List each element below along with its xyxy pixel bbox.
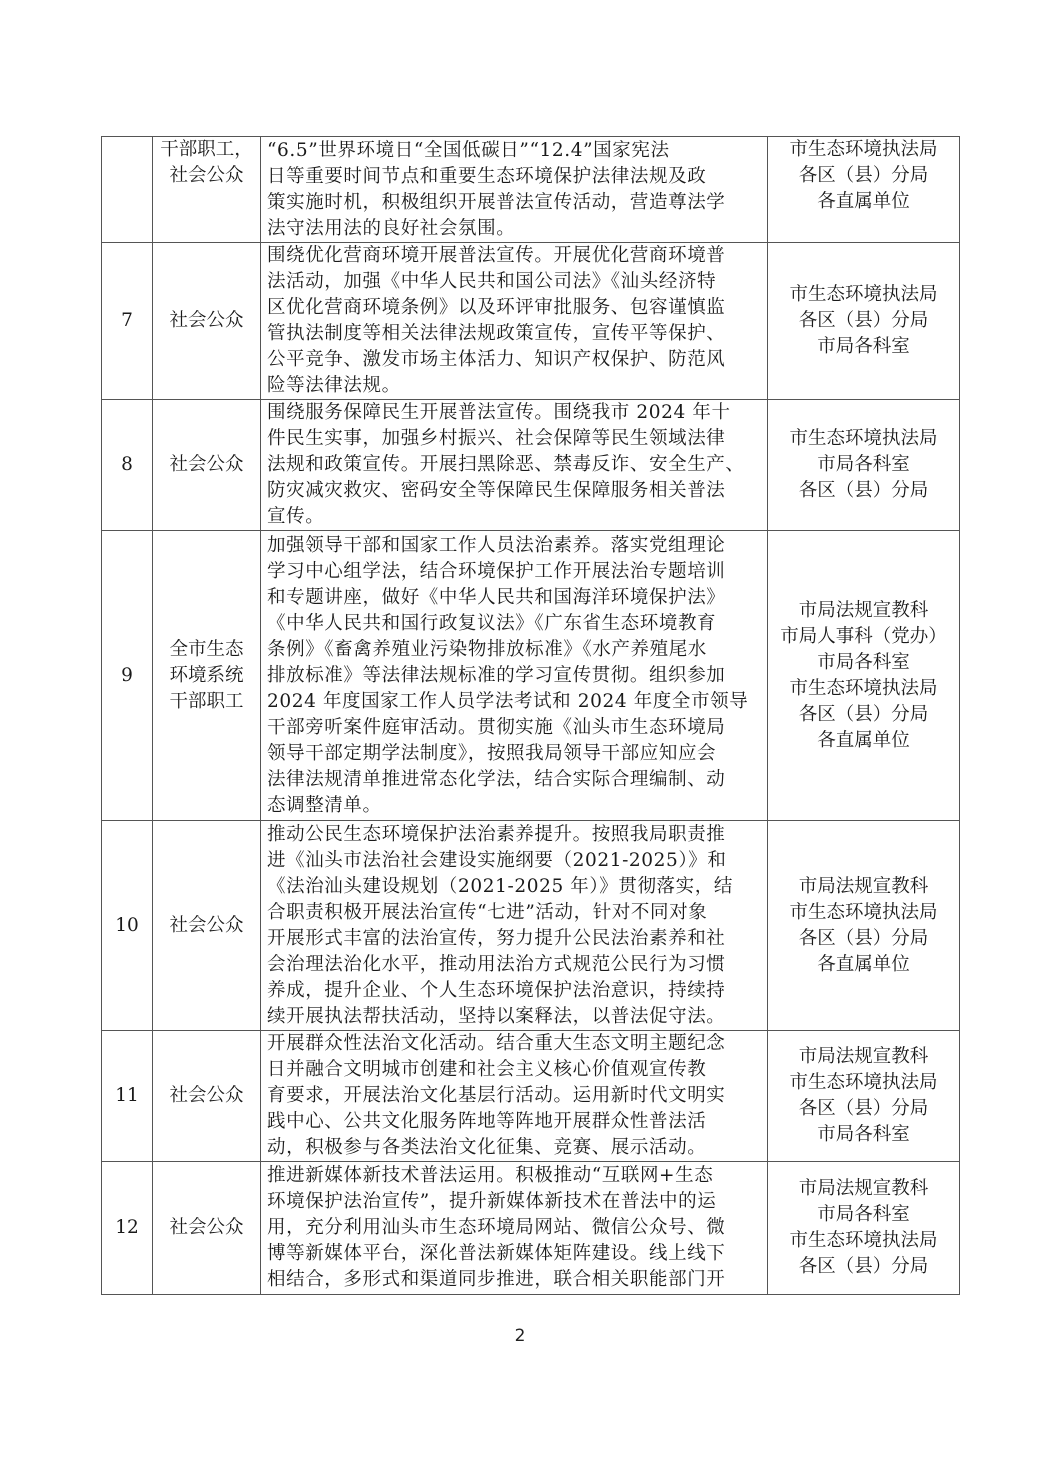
responsible-unit-line: 市生态环境执法局 [768,282,959,308]
table-row: 8社会公众围绕服务保障民生开展普法宣传。围绕我市 2024 年十件民生实事，加强… [102,400,960,531]
responsible-unit-line: 市局各科室 [768,1202,959,1228]
target-audience-cell: 社会公众 [153,1162,261,1295]
responsible-unit-cell: 市局法规宣教科市局人事科（党办）市局各科室市生态环境执法局各区（县）分局各直属单… [768,531,960,821]
publicity-plan-table: 干部职工，社会公众“6.5”世界环境日“全国低碳日”“12.4”国家宪法日等重要… [101,136,960,1295]
target-audience-line: 社会公众 [153,1083,260,1109]
task-content-line: 险等法律法规。 [267,373,763,399]
responsible-unit-line: 市生态环境执法局 [768,426,959,452]
task-content-line: 2024 年度国家工作人员学法考试和 2024 年度全市领导 [267,689,763,715]
task-content-line: 开展形式丰富的法治宣传，努力提升公民法治素养和社 [267,926,763,952]
table-row: 干部职工，社会公众“6.5”世界环境日“全国低碳日”“12.4”国家宪法日等重要… [102,137,960,243]
responsible-unit-line: 市局人事科（党办） [768,624,959,650]
responsible-unit-line: 各直属单位 [768,952,959,978]
row-number-cell: 10 [102,821,153,1031]
task-content-line: 相结合，多形式和渠道同步推进，联合相关职能部门开 [267,1267,763,1293]
task-content-line: 法活动，加强《中华人民共和国公司法》《汕头经济特 [267,269,763,295]
responsible-unit-line: 各直属单位 [768,189,959,215]
responsible-unit-line: 市生态环境执法局 [768,1070,959,1096]
task-content-line: 推动公民生态环境保护法治素养提升。按照我局职责推 [267,822,763,848]
row-number-cell: 11 [102,1031,153,1162]
task-content-line: 态调整清单。 [267,793,763,819]
target-audience-cell: 社会公众 [153,821,261,1031]
target-audience-line: 环境系统 [153,663,260,689]
task-content-line: 加强领导干部和国家工作人员法治素养。落实党组理论 [267,533,763,559]
task-content-cell: 加强领导干部和国家工作人员法治素养。落实党组理论学习中心组学法，结合环境保护工作… [261,531,768,821]
document-page: 干部职工，社会公众“6.5”世界环境日“全国低碳日”“12.4”国家宪法日等重要… [0,0,1040,1471]
responsible-unit-line: 市局法规宣教科 [768,1044,959,1070]
task-content-line: 续开展执法帮扶活动，坚持以案释法，以普法促守法。 [267,1004,763,1030]
page-number: 2 [0,1326,1040,1346]
task-content-line: 法规和政策宣传。开展扫黑除恶、禁毒反诈、安全生产、 [267,452,763,478]
task-content-cell: “6.5”世界环境日“全国低碳日”“12.4”国家宪法日等重要时间节点和重要生态… [261,137,768,243]
table-row: 9全市生态环境系统干部职工加强领导干部和国家工作人员法治素养。落实党组理论学习中… [102,531,960,821]
task-content-line: 学习中心组学法，结合环境保护工作开展法治专题培训 [267,559,763,585]
responsible-unit-cell: 市生态环境执法局各区（县）分局各直属单位 [768,137,960,243]
responsible-unit-line: 市局法规宣教科 [768,1176,959,1202]
task-content-line: 法律法规清单推进常态化学法，结合实际合理编制、动 [267,767,763,793]
responsible-unit-line: 市生态环境执法局 [768,900,959,926]
task-content-cell: 开展群众性法治文化活动。结合重大生态文明主题纪念日并融合文明城市创建和社会主义核… [261,1031,768,1162]
task-content-line: 《法治汕头建设规划（2021-2025 年）》贯彻落实，结 [267,874,763,900]
task-content-line: 《中华人民共和国行政复议法》《广东省生态环境教育 [267,611,763,637]
row-number-cell [102,137,153,243]
task-content-line: 推进新媒体新技术普法运用。积极推动“互联网+生态 [267,1163,763,1189]
task-content-line: 环境保护法治宣传”，提升新媒体新技术在普法中的运 [267,1189,763,1215]
responsible-unit-line: 各区（县）分局 [768,702,959,728]
responsible-unit-line: 各区（县）分局 [768,308,959,334]
task-content-line: 日并融合文明城市创建和社会主义核心价值观宣传教 [267,1057,763,1083]
target-audience-cell: 社会公众 [153,400,261,531]
task-content-cell: 围绕优化营商环境开展普法宣传。开展优化营商环境普法活动，加强《中华人民共和国公司… [261,243,768,400]
target-audience-line: 社会公众 [153,163,260,189]
task-content-line: 策实施时机，积极组织开展普法宣传活动，营造尊法学 [267,190,763,216]
task-content-cell: 围绕服务保障民生开展普法宣传。围绕我市 2024 年十件民生实事，加强乡村振兴、… [261,400,768,531]
task-content-line: 博等新媒体平台，深化普法新媒体矩阵建设。线上线下 [267,1241,763,1267]
responsible-unit-line: 各区（县）分局 [768,1096,959,1122]
task-content-line: 开展群众性法治文化活动。结合重大生态文明主题纪念 [267,1031,763,1057]
task-content-line: 管执法制度等相关法律法规政策宣传，宣传平等保护、 [267,321,763,347]
responsible-unit-line: 市局各科室 [768,334,959,360]
responsible-unit-line: 市局各科室 [768,1122,959,1148]
responsible-unit-cell: 市局法规宣教科市生态环境执法局各区（县）分局市局各科室 [768,1031,960,1162]
responsible-unit-line: 各区（县）分局 [768,478,959,504]
table-row: 11社会公众开展群众性法治文化活动。结合重大生态文明主题纪念日并融合文明城市创建… [102,1031,960,1162]
responsible-unit-cell: 市局法规宣教科市生态环境执法局各区（县）分局各直属单位 [768,821,960,1031]
task-content-line: 防灾减灾救灾、密码安全等保障民生保障服务相关普法 [267,478,763,504]
task-content-line: 合职责积极开展法治宣传“七进”活动，针对不同对象 [267,900,763,926]
task-content-line: 进《汕头市法治社会建设实施纲要（2021-2025）》和 [267,848,763,874]
target-audience-cell: 社会公众 [153,243,261,400]
task-content-line: 法守法用法的良好社会氛围。 [267,216,763,242]
responsible-unit-line: 市生态环境执法局 [768,137,959,163]
table-row: 7社会公众围绕优化营商环境开展普法宣传。开展优化营商环境普法活动，加强《中华人民… [102,243,960,400]
responsible-unit-cell: 市局法规宣教科市局各科室市生态环境执法局各区（县）分局 [768,1162,960,1295]
task-content-line: 领导干部定期学法制度》，按照我局领导干部应知应会 [267,741,763,767]
task-content-line: 日等重要时间节点和重要生态环境保护法律法规及政 [267,164,763,190]
target-audience-cell: 全市生态环境系统干部职工 [153,531,261,821]
table-body: 干部职工，社会公众“6.5”世界环境日“全国低碳日”“12.4”国家宪法日等重要… [102,137,960,1295]
target-audience-line: 社会公众 [153,913,260,939]
target-audience-line: 干部职工 [153,689,260,715]
responsible-unit-cell: 市生态环境执法局市局各科室各区（县）分局 [768,400,960,531]
task-content-line: 公平竞争、激发市场主体活力、知识产权保护、防范风 [267,347,763,373]
task-content-line: 件民生实事，加强乡村振兴、社会保障等民生领域法律 [267,426,763,452]
target-audience-line: 社会公众 [153,452,260,478]
task-content-cell: 推进新媒体新技术普法运用。积极推动“互联网+生态环境保护法治宣传”，提升新媒体新… [261,1162,768,1295]
task-content-line: 动，积极参与各类法治文化征集、竞赛、展示活动。 [267,1135,763,1161]
row-number-cell: 9 [102,531,153,821]
responsible-unit-line: 各区（县）分局 [768,1254,959,1280]
responsible-unit-line: 市局各科室 [768,452,959,478]
responsible-unit-line: 市局法规宣教科 [768,598,959,624]
row-number-cell: 7 [102,243,153,400]
responsible-unit-line: 市局各科室 [768,650,959,676]
target-audience-line: 干部职工， [153,137,260,163]
task-content-line: 宣传。 [267,504,763,530]
task-content-line: 用，充分利用汕头市生态环境局网站、微信公众号、微 [267,1215,763,1241]
target-audience-cell: 干部职工，社会公众 [153,137,261,243]
task-content-line: 围绕服务保障民生开展普法宣传。围绕我市 2024 年十 [267,400,763,426]
target-audience-cell: 社会公众 [153,1031,261,1162]
responsible-unit-line: 市生态环境执法局 [768,676,959,702]
task-content-line: 排放标准》等法律法规标准的学习宣传贯彻。组织参加 [267,663,763,689]
task-content-line: “6.5”世界环境日“全国低碳日”“12.4”国家宪法 [267,138,763,164]
task-content-line: 会治理法治化水平，推动用法治方式规范公民行为习惯 [267,952,763,978]
target-audience-line: 社会公众 [153,1215,260,1241]
responsible-unit-line: 各区（县）分局 [768,926,959,952]
responsible-unit-line: 各区（县）分局 [768,163,959,189]
task-content-line: 区优化营商环境条例》以及环评审批服务、包容谨慎监 [267,295,763,321]
table-row: 12社会公众推进新媒体新技术普法运用。积极推动“互联网+生态环境保护法治宣传”，… [102,1162,960,1295]
row-number-cell: 8 [102,400,153,531]
table-row: 10社会公众推动公民生态环境保护法治素养提升。按照我局职责推进《汕头市法治社会建… [102,821,960,1031]
task-content-line: 养成，提升企业、个人生态环境保护法治意识，持续持 [267,978,763,1004]
task-content-line: 围绕优化营商环境开展普法宣传。开展优化营商环境普 [267,243,763,269]
task-content-line: 条例》《畜禽养殖业污染物排放标准》《水产养殖尾水 [267,637,763,663]
responsible-unit-cell: 市生态环境执法局各区（县）分局市局各科室 [768,243,960,400]
task-content-line: 育要求，开展法治文化基层行活动。运用新时代文明实 [267,1083,763,1109]
task-content-line: 践中心、公共文化服务阵地等阵地开展群众性普法活 [267,1109,763,1135]
target-audience-line: 全市生态 [153,637,260,663]
responsible-unit-line: 各直属单位 [768,728,959,754]
task-content-cell: 推动公民生态环境保护法治素养提升。按照我局职责推进《汕头市法治社会建设实施纲要（… [261,821,768,1031]
task-content-line: 干部旁听案件庭审活动。贯彻实施《汕头市生态环境局 [267,715,763,741]
responsible-unit-line: 市生态环境执法局 [768,1228,959,1254]
row-number-cell: 12 [102,1162,153,1295]
task-content-line: 和专题讲座，做好《中华人民共和国海洋环境保护法》 [267,585,763,611]
target-audience-line: 社会公众 [153,308,260,334]
responsible-unit-line: 市局法规宣教科 [768,874,959,900]
